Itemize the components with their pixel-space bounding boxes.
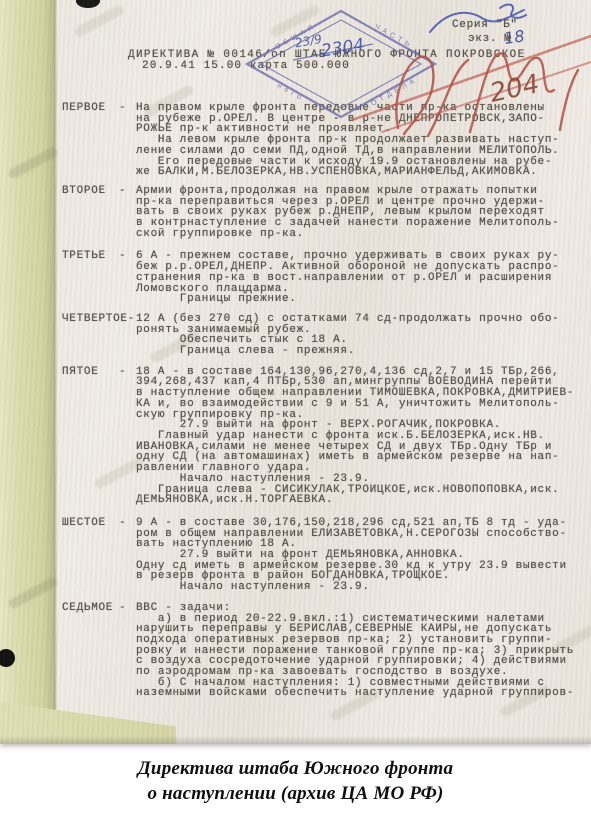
section-label: ВТОРОЕ xyxy=(62,186,119,197)
section-dash: - xyxy=(119,251,136,262)
section-text: 9 А - в составе 30,176,150,218,296 сд,52… xyxy=(136,518,578,593)
document-scan: Серия "Б" экз. № ДИРЕКТИВА № 00146/оп ШТ… xyxy=(0,0,591,744)
section-dash: - xyxy=(119,367,136,378)
scan-torn-edge xyxy=(0,736,591,744)
section-shestoe: ШЕСТОЕ - 9 А - в составе 30,176,150,218,… xyxy=(62,518,578,593)
section-label: ШЕСТОЕ xyxy=(62,518,119,529)
series-block: Серия "Б" экз. № xyxy=(452,20,518,44)
stamp-handwritten-date: 23/9 xyxy=(294,32,323,50)
directive-title-line2: 20.9.41 15.00 карта 500.000 xyxy=(142,61,526,72)
stamp-text-bottom-left: ного xyxy=(276,82,306,103)
section-vtoroe: ВТОРОЕ - Армии фронта,продолжая на право… xyxy=(62,186,578,240)
section-text: 18 А - в составе 164,130,96,270,4,136 сд… xyxy=(136,367,578,506)
section-pervoe: ПЕРВОЕ - На правом крыле фронта передовы… xyxy=(62,103,578,178)
section-tretye: ТРЕТЬЕ - 6 А - прежнем составе, прочно у… xyxy=(62,251,578,305)
caption-line2: о наступлении (архив ЦА МО РФ) xyxy=(0,781,591,806)
section-label: СЕДЬМОЕ xyxy=(62,603,119,614)
green-folder-strip xyxy=(0,0,55,744)
section-dash: - xyxy=(119,103,136,114)
stamp-text-top-right: ЧАСТЬ xyxy=(373,23,414,50)
directive-title: ДИРЕКТИВА № 00146/оп ШТАБ ЮЖНОГО ФРОНТА … xyxy=(128,50,526,71)
section-text: ВВС - задачи: а) в период 20-22.9.вкл.:1… xyxy=(136,603,578,699)
copy-label: экз. № xyxy=(468,34,518,45)
directive-body: ПЕРВОЕ - На правом крыле фронта передовы… xyxy=(62,103,578,699)
section-dash: - xyxy=(119,186,136,197)
page-edge-seam xyxy=(55,0,58,744)
watermark-smudge xyxy=(269,4,321,38)
section-label: ПЕРВОЕ xyxy=(62,103,119,114)
ink-blot xyxy=(76,0,100,8)
section-chetvertoe: ЧЕТВЕРТОЕ- 12 А (без 270 сд) с остатками… xyxy=(62,314,578,357)
section-label: ЧЕТВЕРТОЕ- xyxy=(62,314,119,325)
section-sedmoe: СЕДЬМОЕ - ВВС - задачи: а) в период 20-2… xyxy=(62,603,578,699)
watermark-smudge xyxy=(73,4,125,38)
section-label: ТРЕТЬЕ xyxy=(62,251,119,262)
series-label: Серия "Б" xyxy=(452,20,518,31)
section-label: ПЯТОЕ xyxy=(62,367,119,378)
section-text: 6 А - прежнем составе, прочно удерживать… xyxy=(136,251,578,305)
section-text: На правом крыле фронта передовые части п… xyxy=(136,103,578,178)
section-text: 12 А (без 270 сд) с остатками 74 сд-прод… xyxy=(136,314,578,357)
caption-line1: Директива штаба Южного фронта xyxy=(0,756,591,781)
section-dash: - xyxy=(119,518,136,529)
section-pyatoe: ПЯТОЕ - 18 А - в составе 164,130,96,270,… xyxy=(62,367,578,506)
photo-caption: Директива штаба Южного фронта о наступле… xyxy=(0,756,591,806)
section-dash: - xyxy=(119,603,136,614)
section-text: Армии фронта,продолжая на правом крыле о… xyxy=(136,186,578,240)
